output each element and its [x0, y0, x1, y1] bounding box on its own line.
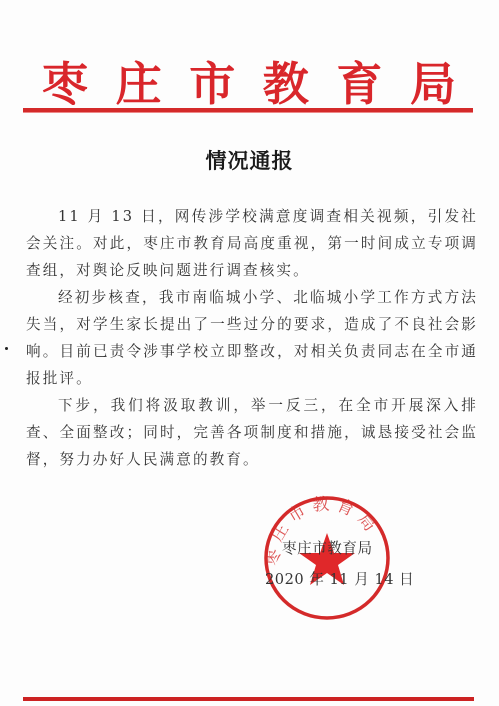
letterhead-char: 庄 — [116, 58, 162, 110]
letterhead-char: 市 — [189, 58, 235, 110]
letterhead-char: 枣 — [42, 58, 88, 110]
document-body: 11 月 13 日，网传涉学校满意度调查相关视频，引发社会关注。对此，枣庄市教育… — [26, 203, 478, 473]
letterhead-org-name: 枣 庄 市 教 育 局 — [22, 58, 474, 110]
document-date: 2020 年 11 月 14 日 — [265, 568, 414, 589]
paragraph: 经初步核查，我市南临城小学、北临城小学工作方式方法失当，对学生家长提出了一些过分… — [26, 284, 478, 392]
official-seal-icon: 枣庄市教育局 — [263, 495, 391, 621]
signature: 枣庄市教育局 — [282, 537, 373, 558]
letterhead-divider — [23, 108, 473, 113]
letterhead-char: 育 — [336, 58, 382, 110]
letterhead-char: 局 — [410, 58, 456, 110]
letterhead-char: 教 — [263, 58, 309, 110]
paragraph: 下步，我们将汲取教训，举一反三，在全市开展深入排查、全面整改；同时，完善各项制度… — [26, 392, 478, 473]
paragraph: 11 月 13 日，网传涉学校满意度调查相关视频，引发社会关注。对此，枣庄市教育… — [26, 203, 478, 284]
footer-divider — [23, 697, 474, 701]
document-title: 情况通报 — [0, 145, 499, 175]
margin-dot — [5, 347, 8, 350]
